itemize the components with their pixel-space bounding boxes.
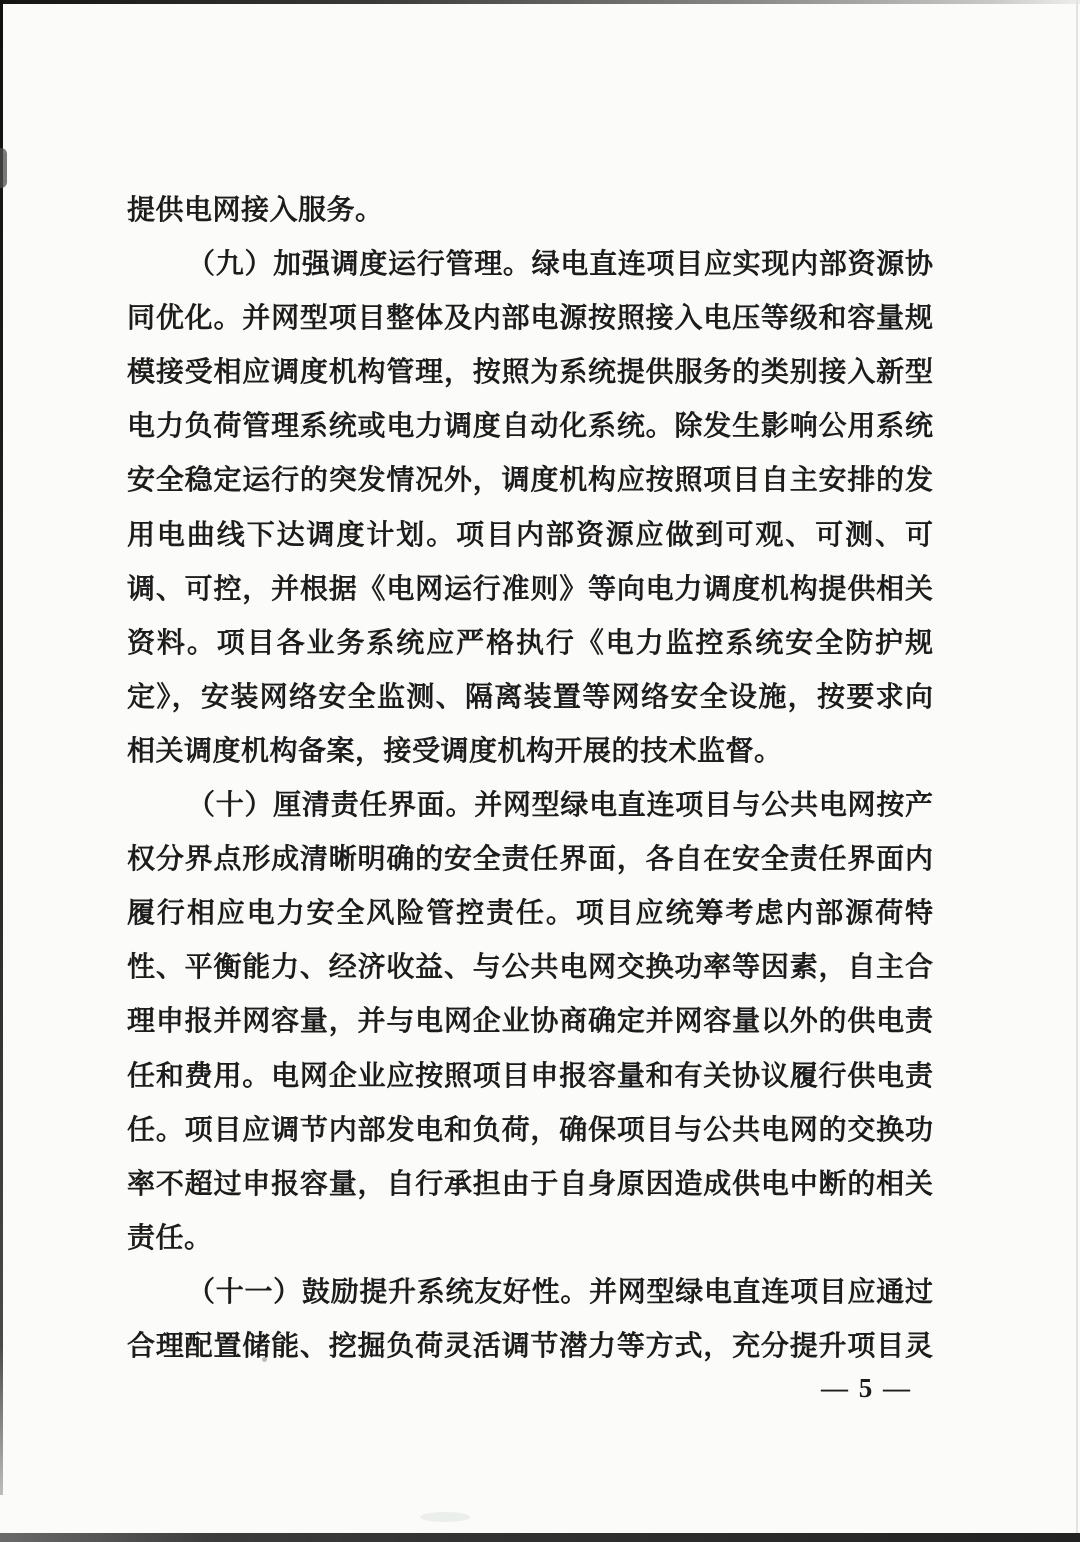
line-text: 模接受相应调度机构管理，按照为系统提供服务的类别接入新型 bbox=[127, 357, 933, 388]
line-text: 权分界点形成清晰明确的安全责任界面，各自在安全责任界面内 bbox=[127, 844, 933, 875]
text-line: 率不超过申报容量，自行承担由于自身原因造成供电中断的相关 bbox=[127, 1158, 933, 1212]
scan-artifact-top-edge bbox=[0, 0, 1080, 4]
text-line: 权分界点形成清晰明确的安全责任界面，各自在安全责任界面内 bbox=[127, 833, 933, 887]
line-text: 电力负荷管理系统或电力调度自动化系统。除发生影响公用系统 bbox=[127, 411, 933, 442]
text-line: 用电曲线下达调度计划。项目内部资源应做到可观、可测、可 bbox=[127, 509, 933, 563]
section-heading: （十）厘清责任界面。 bbox=[187, 790, 474, 821]
text-line: 任和费用。电网企业应按照项目申报容量和有关协议履行供电责 bbox=[127, 1050, 933, 1104]
line-text: 履行相应电力安全风险管控责任。项目应统筹考虑内部源荷特 bbox=[127, 898, 933, 929]
section-heading: （九）加强调度运行管理。 bbox=[187, 249, 532, 280]
scan-artifact-smudge bbox=[420, 1512, 470, 1522]
page-number: — 5 — bbox=[821, 1368, 912, 1408]
text-line: 合理配置储能、挖掘负荷灵活调节潜力等方式，充分提升项目灵 bbox=[127, 1320, 933, 1374]
text-line: 同优化。并网型项目整体及内部电源按照接入电压等级和容量规 bbox=[127, 292, 933, 346]
section-heading: （十一）鼓励提升系统友好性。 bbox=[187, 1277, 589, 1308]
text-line: 性、平衡能力、经济收益、与公共电网交换功率等因素，自主合 bbox=[127, 941, 933, 995]
line-text: 同优化。并网型项目整体及内部电源按照接入电压等级和容量规 bbox=[127, 303, 933, 334]
text-line: 履行相应电力安全风险管控责任。项目应统筹考虑内部源荷特 bbox=[127, 887, 933, 941]
text-line: 定》，安装网络安全监测、隔离装置等网络安全设施，按要求向 bbox=[127, 671, 933, 725]
line-text: 性、平衡能力、经济收益、与公共电网交换功率等因素，自主合 bbox=[127, 952, 933, 983]
text-line: 安全稳定运行的突发情况外，调度机构应按照项目自主安排的发 bbox=[127, 454, 933, 508]
text-line: 资料。项目各业务系统应严格执行《电力监控系统安全防护规 bbox=[127, 617, 933, 671]
line-text: 任和费用。电网企业应按照项目申报容量和有关协议履行供电责 bbox=[127, 1061, 933, 1092]
line-text: 并网型绿电直连项目应通过 bbox=[589, 1277, 933, 1308]
text-line: 任。项目应调节内部发电和负荷，确保项目与公共电网的交换功 bbox=[127, 1104, 933, 1158]
text-line: （九）加强调度运行管理。绿电直连项目应实现内部资源协 bbox=[127, 238, 933, 292]
scan-artifact-left-edge bbox=[0, 0, 3, 1495]
line-text: 资料。项目各业务系统应严格执行《电力监控系统安全防护规 bbox=[127, 628, 933, 659]
line-text: 用电曲线下达调度计划。项目内部资源应做到可观、可测、可 bbox=[127, 520, 933, 551]
line-text: 提供电网接入服务。 bbox=[127, 195, 384, 226]
line-text: 并网型绿电直连项目与公共电网按产 bbox=[474, 790, 933, 821]
text-line: 责任。 bbox=[127, 1212, 933, 1266]
line-text: 理申报并网容量，并与电网企业协商确定并网容量以外的供电责 bbox=[127, 1006, 933, 1037]
line-text: 定》，安装网络安全监测、隔离装置等网络安全设施，按要求向 bbox=[127, 682, 933, 713]
line-text: 责任。 bbox=[127, 1223, 213, 1254]
text-line: （十一）鼓励提升系统友好性。并网型绿电直连项目应通过 bbox=[127, 1266, 933, 1320]
text-line: 理申报并网容量，并与电网企业协商确定并网容量以外的供电责 bbox=[127, 995, 933, 1049]
text-line: 模接受相应调度机构管理，按照为系统提供服务的类别接入新型 bbox=[127, 346, 933, 400]
document-lines: 提供电网接入服务。（九）加强调度运行管理。绿电直连项目应实现内部资源协同优化。并… bbox=[127, 184, 933, 1374]
text-line: 提供电网接入服务。 bbox=[127, 184, 933, 238]
scan-artifact-bottom-bar bbox=[0, 1533, 1080, 1542]
line-text: 相关调度机构备案，接受调度机构开展的技术监督。 bbox=[127, 736, 783, 767]
line-text: 任。项目应调节内部发电和负荷，确保项目与公共电网的交换功 bbox=[127, 1115, 933, 1146]
scan-artifact-left-blob bbox=[0, 148, 7, 188]
scan-artifact-right-edge bbox=[1076, 0, 1078, 1542]
text-line: （十）厘清责任界面。并网型绿电直连项目与公共电网按产 bbox=[127, 779, 933, 833]
text-line: 调、可控，并根据《电网运行准则》等向电力调度机构提供相关 bbox=[127, 563, 933, 617]
line-text: 安全稳定运行的突发情况外，调度机构应按照项目自主安排的发 bbox=[127, 465, 933, 496]
line-text: 绿电直连项目应实现内部资源协 bbox=[532, 249, 933, 280]
line-text: 率不超过申报容量，自行承担由于自身原因造成供电中断的相关 bbox=[127, 1169, 933, 1200]
text-line: 相关调度机构备案，接受调度机构开展的技术监督。 bbox=[127, 725, 933, 779]
line-text: 调、可控，并根据《电网运行准则》等向电力调度机构提供相关 bbox=[127, 574, 933, 605]
scanned-document-page: { "colors": { "page_background": "#fbfbf… bbox=[0, 0, 1080, 1542]
text-line: 电力负荷管理系统或电力调度自动化系统。除发生影响公用系统 bbox=[127, 400, 933, 454]
line-text: 合理配置储能、挖掘负荷灵活调节潜力等方式，充分提升项目灵 bbox=[127, 1331, 933, 1362]
